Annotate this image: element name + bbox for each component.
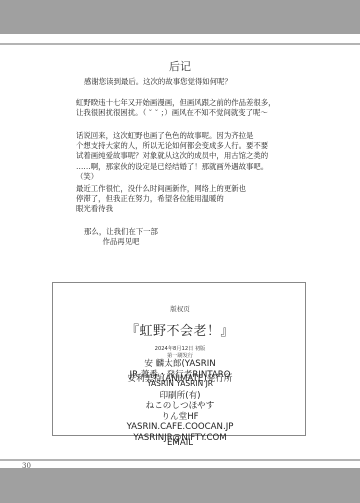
colophon-label: 版权页 xyxy=(53,304,307,313)
paragraph-story: 话说回来，这次虹野也画了色色的故事呢。因为齐拉是 个想支持大家的人，所以无论如何… xyxy=(76,131,306,182)
credit-line: 印刷所(有) xyxy=(53,391,307,402)
page-title: 后记 xyxy=(0,58,360,74)
email-label: EMAIL xyxy=(0,438,360,448)
colophon-credits: 安 麟太郎(YASRIN JR 蕭番・発行者RINTARO 安利美特(ANIMA… xyxy=(53,359,307,443)
paragraph-thanks: 感谢您读到最后。这次的故事您觉得如何呢？ xyxy=(84,77,314,87)
publication-date: 2024年8月12日 初版 第一刷发行 xyxy=(53,346,307,360)
paragraph-farewell: 那么，让我们在下一部 作品再见吧 xyxy=(80,227,162,247)
credit-line: ねこのしつほやす xyxy=(53,401,307,412)
colophon-box: 版权页 『虹野不会老！』 2024年8月12日 初版 第一刷发行 安 麟太郎(Y… xyxy=(52,282,306,436)
credit-line: 安 麟太郎(YASRIN xyxy=(53,359,307,370)
paragraph-art-style: 虹野睽违十七年又开始画漫画，但画风跟之前的作品差很多， 让我很困扰很困扰。（ ˘… xyxy=(76,98,306,118)
document-page: 后记 感谢您读到最后。这次的故事您觉得如何呢？ 虹野睽违十七年又开始画漫画，但画… xyxy=(0,34,360,468)
paragraph-busy: 最近工作很忙，没什么时间画新作，网络上的更新也 停滞了，但我正在努力，希望各位能… xyxy=(76,184,306,215)
book-title: 『虹野不会老！』 xyxy=(53,320,307,339)
credit-line: りん堂HF xyxy=(53,412,307,423)
credit-overlap-block: JR 蕭番・発行者RINTARO 安利美特(ANIMATE)発行所 YASRIN… xyxy=(53,370,307,391)
page-number: 30 xyxy=(22,462,31,470)
website-line: YASRIN.CAFE.COOCAN.JP xyxy=(53,422,307,433)
bottom-rule xyxy=(0,459,360,461)
date-line: 2024年8月12日 初版 xyxy=(53,346,307,353)
top-rule xyxy=(0,43,360,45)
credit-line: YASRIN YASRIN JR xyxy=(53,379,307,390)
